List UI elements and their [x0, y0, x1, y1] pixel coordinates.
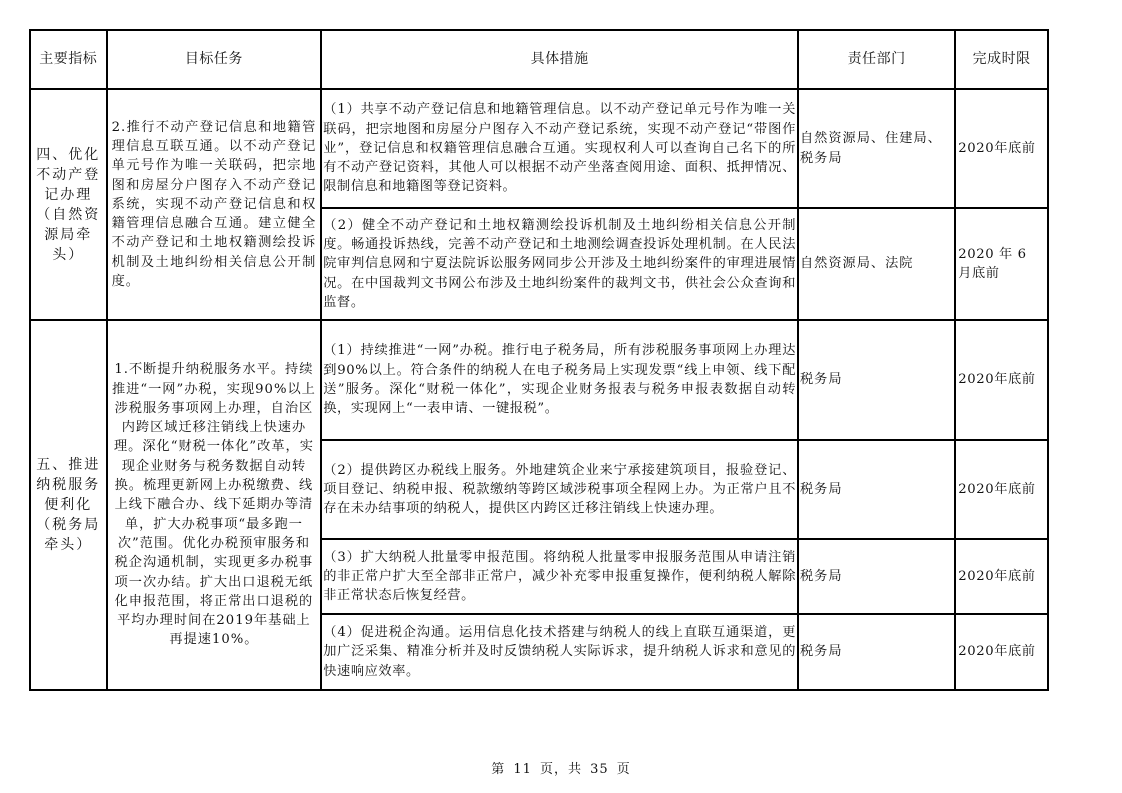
- deadline-cell: 2020年底前: [955, 440, 1048, 539]
- target-cell: 2.推行不动产登记信息和地籍管理信息互联互通。以不动产登记单元号作为唯一关联码，…: [107, 89, 322, 320]
- table-header-row: 主要指标 目标任务 具体措施 责任部门 完成时限: [30, 30, 1048, 89]
- department-cell: 自然资源局、住建局、税务局: [798, 89, 955, 208]
- measure-cell: （4）促进税企沟通。运用信息化技术搭建与纳税人的线上直联互通渠道，更加广泛采集、…: [321, 614, 798, 690]
- header-department: 责任部门: [798, 30, 955, 89]
- indicator-cell: 四、优化不动产登记办理（自然资源局牵头）: [30, 89, 107, 320]
- header-deadline: 完成时限: [955, 30, 1048, 89]
- measure-cell: （1）持续推进“一网”办税。推行电子税务局，所有涉税服务事项网上办理达到90%以…: [321, 320, 798, 440]
- deadline-cell: 2020年底前: [955, 89, 1048, 208]
- department-cell: 自然资源局、法院: [798, 208, 955, 320]
- deadline-cell: 2020年底前: [955, 614, 1048, 690]
- page-indicator: 第 11 页，共 35 页: [0, 758, 1122, 777]
- header-measure: 具体措施: [321, 30, 798, 89]
- department-cell: 税务局: [798, 320, 955, 440]
- deadline-cell: 2020 年 6 月底前: [955, 208, 1048, 320]
- header-indicator: 主要指标: [30, 30, 107, 89]
- target-cell: 1.不断提升纳税服务水平。持续推进“一网”办税，实现90%以上涉税服务事项网上办…: [107, 320, 322, 690]
- measure-cell: （1）共享不动产登记信息和地籍管理信息。以不动产登记单元号作为唯一关联码，把宗地…: [321, 89, 798, 208]
- table-row: 五、推进纳税服务便利化（税务局牵头） 1.不断提升纳税服务水平。持续推进“一网”…: [30, 320, 1048, 440]
- measure-cell: （3）扩大纳税人批量零申报范围。将纳税人批量零申报服务范围从申请注销的非正常户扩…: [321, 539, 798, 614]
- table-row: 四、优化不动产登记办理（自然资源局牵头） 2.推行不动产登记信息和地籍管理信息互…: [30, 89, 1048, 208]
- department-cell: 税务局: [798, 440, 955, 539]
- department-cell: 税务局: [798, 539, 955, 614]
- indicator-cell: 五、推进纳税服务便利化（税务局牵头）: [30, 320, 107, 690]
- header-target: 目标任务: [107, 30, 322, 89]
- department-cell: 税务局: [798, 614, 955, 690]
- deadline-cell: 2020年底前: [955, 320, 1048, 440]
- measures-table: 主要指标 目标任务 具体措施 责任部门 完成时限 四、优化不动产登记办理（自然资…: [29, 29, 1049, 691]
- measure-cell: （2）健全不动产登记和土地权籍测绘投诉机制及土地纠纷相关信息公开制度。畅通投诉热…: [321, 208, 798, 320]
- deadline-cell: 2020年底前: [955, 539, 1048, 614]
- measure-cell: （2）提供跨区办税线上服务。外地建筑企业来宁承接建筑项目，报验登记、项目登记、纳…: [321, 440, 798, 539]
